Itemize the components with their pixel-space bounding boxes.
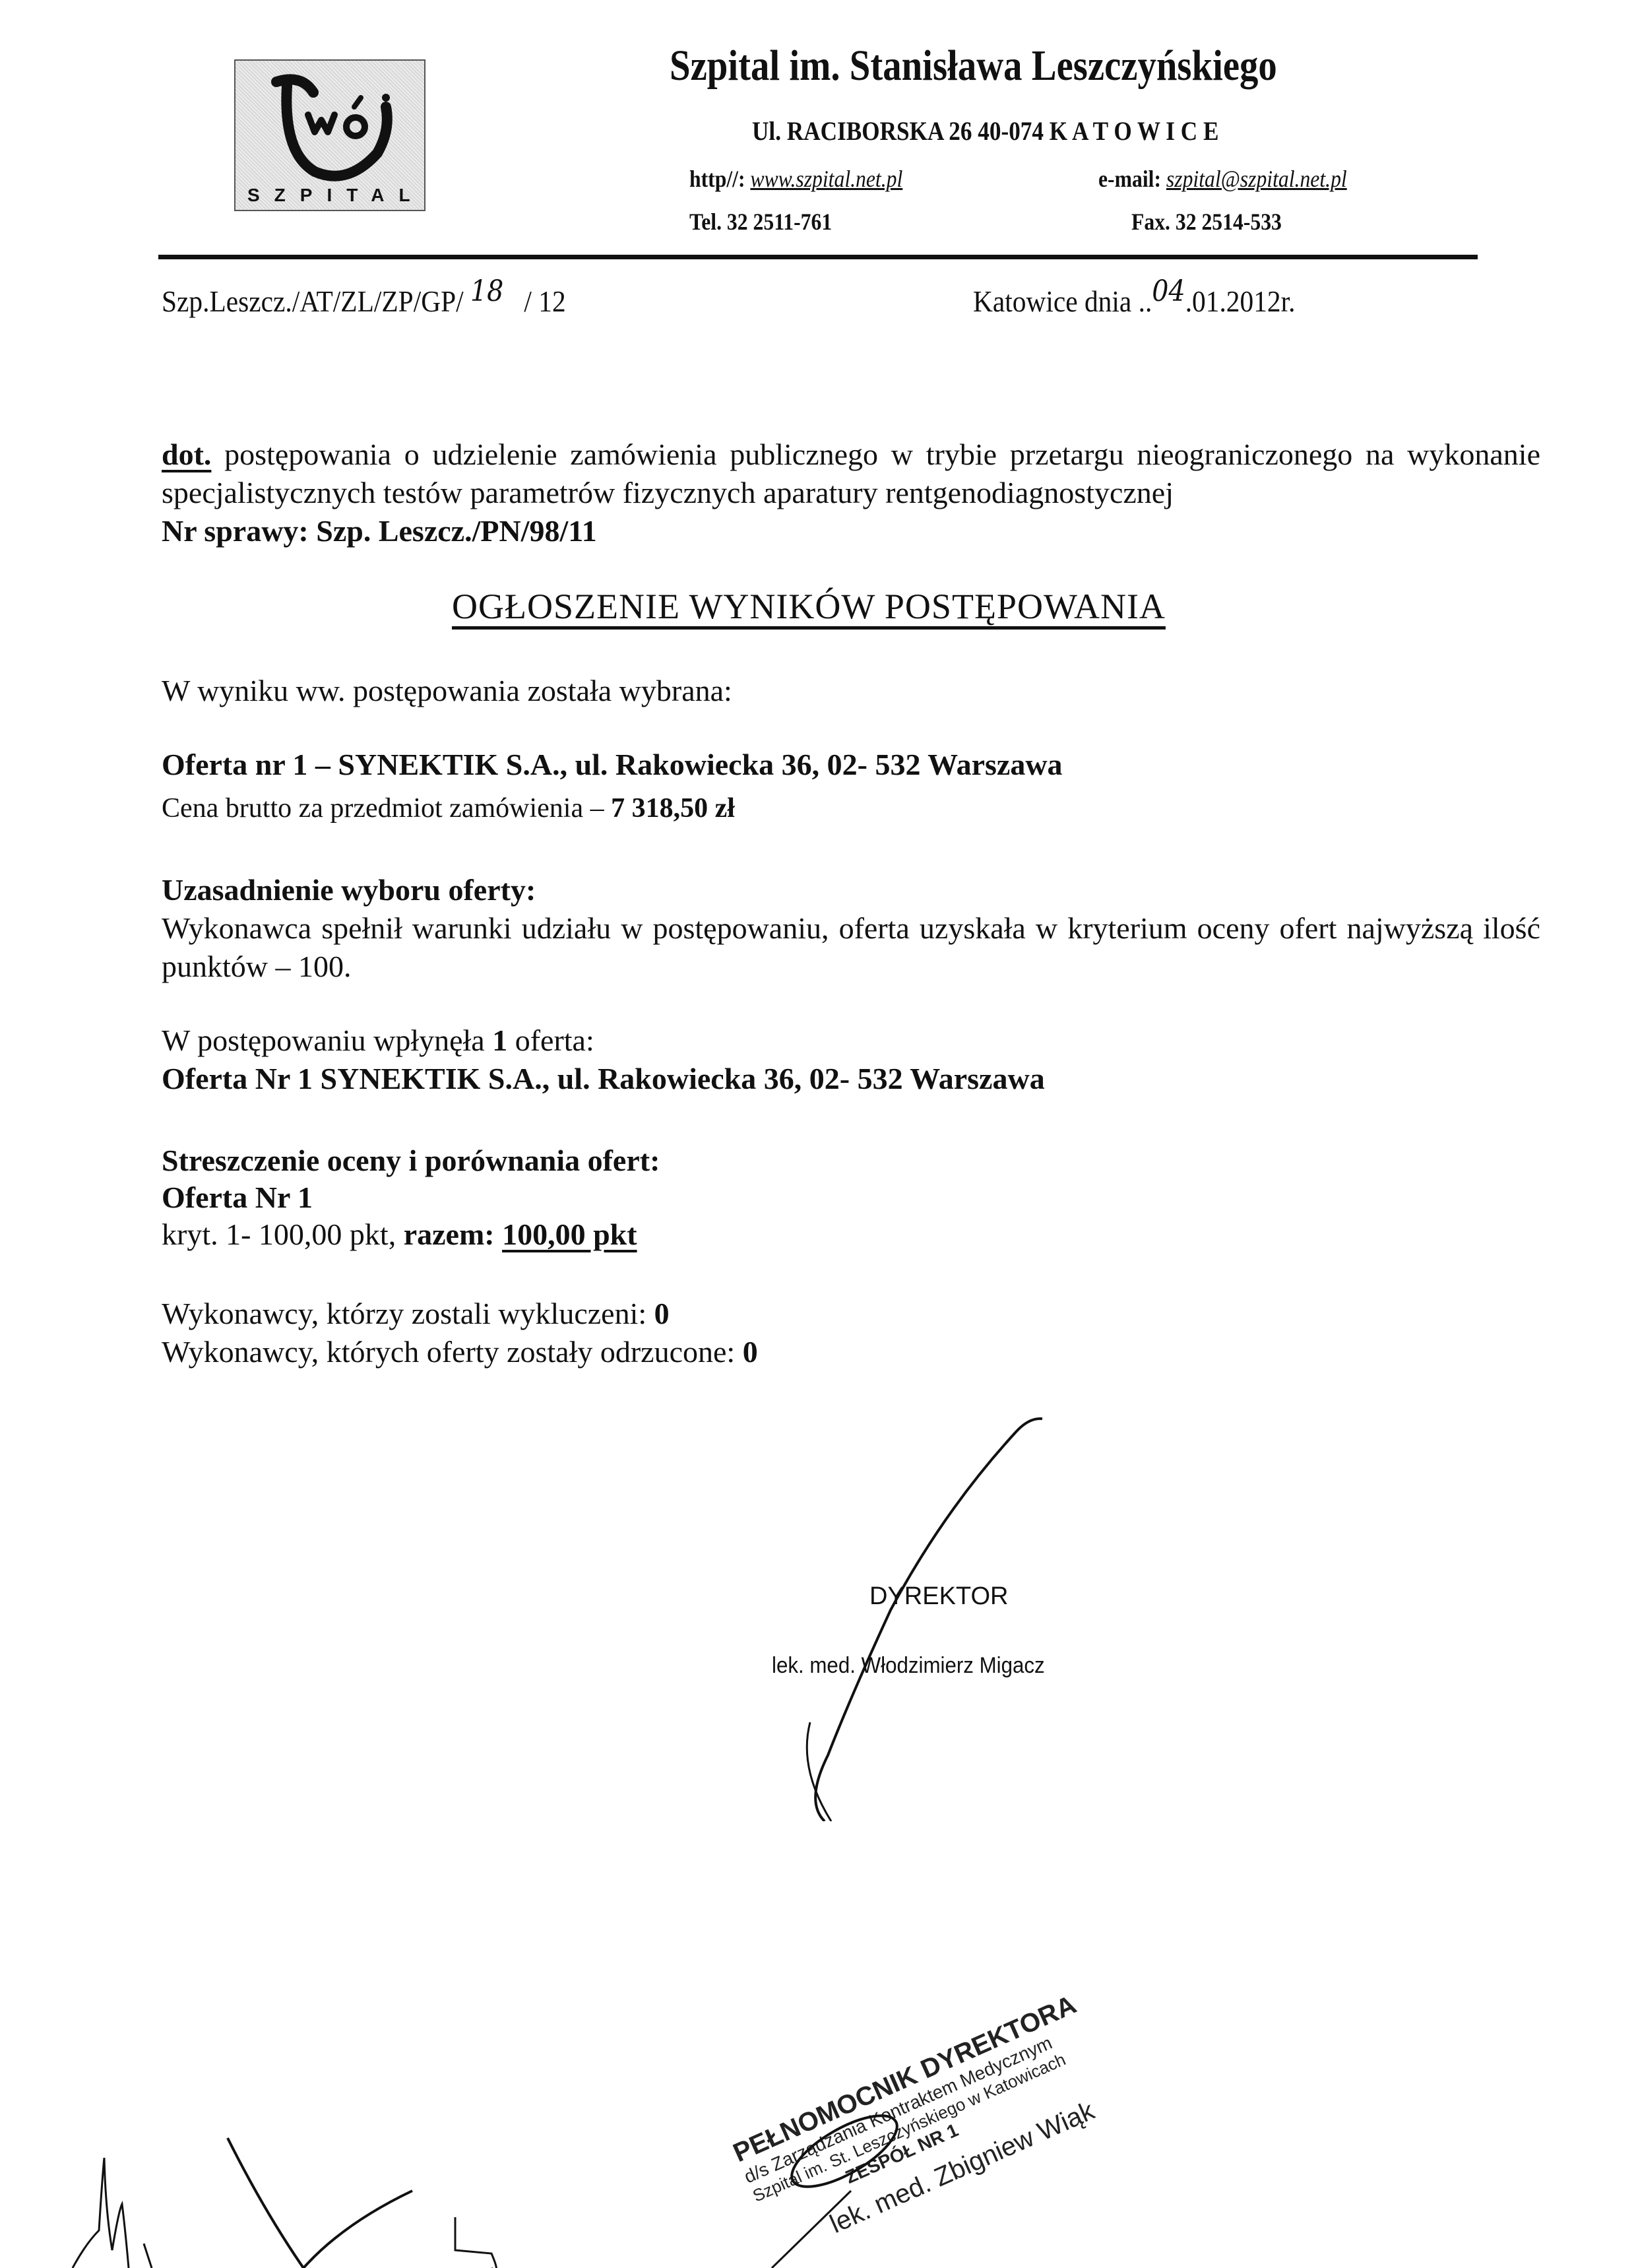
- reference-number: Szp.Leszcz./AT/ZL/ZP/GP/ 18 / 12: [162, 284, 566, 319]
- total-score: 100,00 pkt: [502, 1217, 637, 1251]
- offers-received-intro: W postępowaniu wpłynęła 1 oferta:: [162, 1021, 594, 1060]
- document-title: OGŁOSZENIE WYNIKÓW POSTĘPOWANIA: [452, 586, 1166, 627]
- handwritten-number: 18: [470, 275, 503, 308]
- subject-text: postępowania o udzielenie zamówienia pub…: [162, 437, 1540, 509]
- reference-suffix: / 12: [524, 284, 565, 318]
- website-line: http//: www.szpital.net.pl: [689, 165, 902, 193]
- score-line: kryt. 1- 100,00 pkt, razem: 100,00 pkt: [162, 1215, 637, 1254]
- summary-offer-label: Oferta Nr 1: [162, 1179, 313, 1217]
- rejected-line: Wykonawcy, których oferty zostały odrzuc…: [162, 1333, 758, 1371]
- offers-count: 1: [492, 1023, 507, 1057]
- offers-intro-prefix: W postępowaniu wpłynęła: [162, 1023, 492, 1057]
- excluded-label: Wykonawcy, którzy zostali wykluczeni:: [162, 1297, 654, 1330]
- email-link[interactable]: szpital@szpital.net.pl: [1166, 166, 1347, 192]
- case-number: Nr sprawy: Szp. Leszcz./PN/98/11: [162, 512, 597, 550]
- subject-paragraph: dot. postępowania o udzielenie zamówieni…: [162, 436, 1540, 512]
- selected-offer: Oferta nr 1 – SYNEKTIK S.A., ul. Rakowie…: [162, 746, 1063, 784]
- director-signature-icon: [778, 1399, 1075, 1821]
- date-prefix: Katowice dnia ..: [973, 284, 1152, 318]
- rejected-count: 0: [743, 1335, 758, 1369]
- email-label: e-mail:: [1098, 166, 1161, 192]
- hospital-logo: SZPITAL: [234, 59, 425, 211]
- date-suffix: .01.2012r.: [1185, 284, 1296, 318]
- hospital-name: Szpital im. Stanisława Leszczyńskiego: [670, 41, 1277, 91]
- justification-heading: Uzasadnienie wyboru oferty:: [162, 871, 536, 909]
- selection-intro: W wyniku ww. postępowania została wybran…: [162, 672, 732, 710]
- received-offer: Oferta Nr 1 SYNEKTIK S.A., ul. Rakowieck…: [162, 1060, 1045, 1098]
- summary-heading: Streszczenie oceny i porównania ofert:: [162, 1142, 660, 1180]
- document-date: Katowice dnia ..04.01.2012r.: [973, 284, 1295, 319]
- handwritten-day: 04: [1152, 275, 1185, 308]
- fax-number: Fax. 32 2514-533: [1131, 208, 1282, 236]
- rejected-label: Wykonawcy, których oferty zostały odrzuc…: [162, 1335, 743, 1369]
- hospital-address: Ul. RACIBORSKA 26 40-074 K A T O W I C E: [752, 115, 1218, 146]
- logo-caption: SZPITAL: [236, 185, 424, 206]
- price-value: 7 318,50 zł: [611, 793, 735, 824]
- excluded-line: Wykonawcy, którzy zostali wykluczeni: 0: [162, 1295, 670, 1333]
- excluded-count: 0: [654, 1297, 670, 1330]
- phone-number: Tel. 32 2511-761: [689, 208, 832, 236]
- reference-prefix: Szp.Leszcz./AT/ZL/ZP/GP/: [162, 284, 464, 318]
- header-divider: [158, 255, 1478, 259]
- justification-text: Wykonawca spełnił warunki udziału w post…: [162, 909, 1540, 986]
- criteria-score: kryt. 1- 100,00 pkt,: [162, 1217, 404, 1251]
- price-line: Cena brutto za przedmiot zamówienia – 7 …: [162, 789, 735, 827]
- offers-intro-suffix: oferta:: [507, 1023, 594, 1057]
- subject-label: dot.: [162, 437, 211, 471]
- initials-signature-icon: [0, 2079, 660, 2268]
- website-link[interactable]: www.szpital.net.pl: [750, 166, 902, 192]
- price-label: Cena brutto za przedmiot zamówienia –: [162, 793, 611, 824]
- proxy-signature-icon: [759, 2098, 957, 2268]
- total-label: razem:: [404, 1217, 502, 1251]
- email-line: e-mail: szpital@szpital.net.pl: [1098, 165, 1347, 193]
- website-label: http//:: [689, 166, 745, 192]
